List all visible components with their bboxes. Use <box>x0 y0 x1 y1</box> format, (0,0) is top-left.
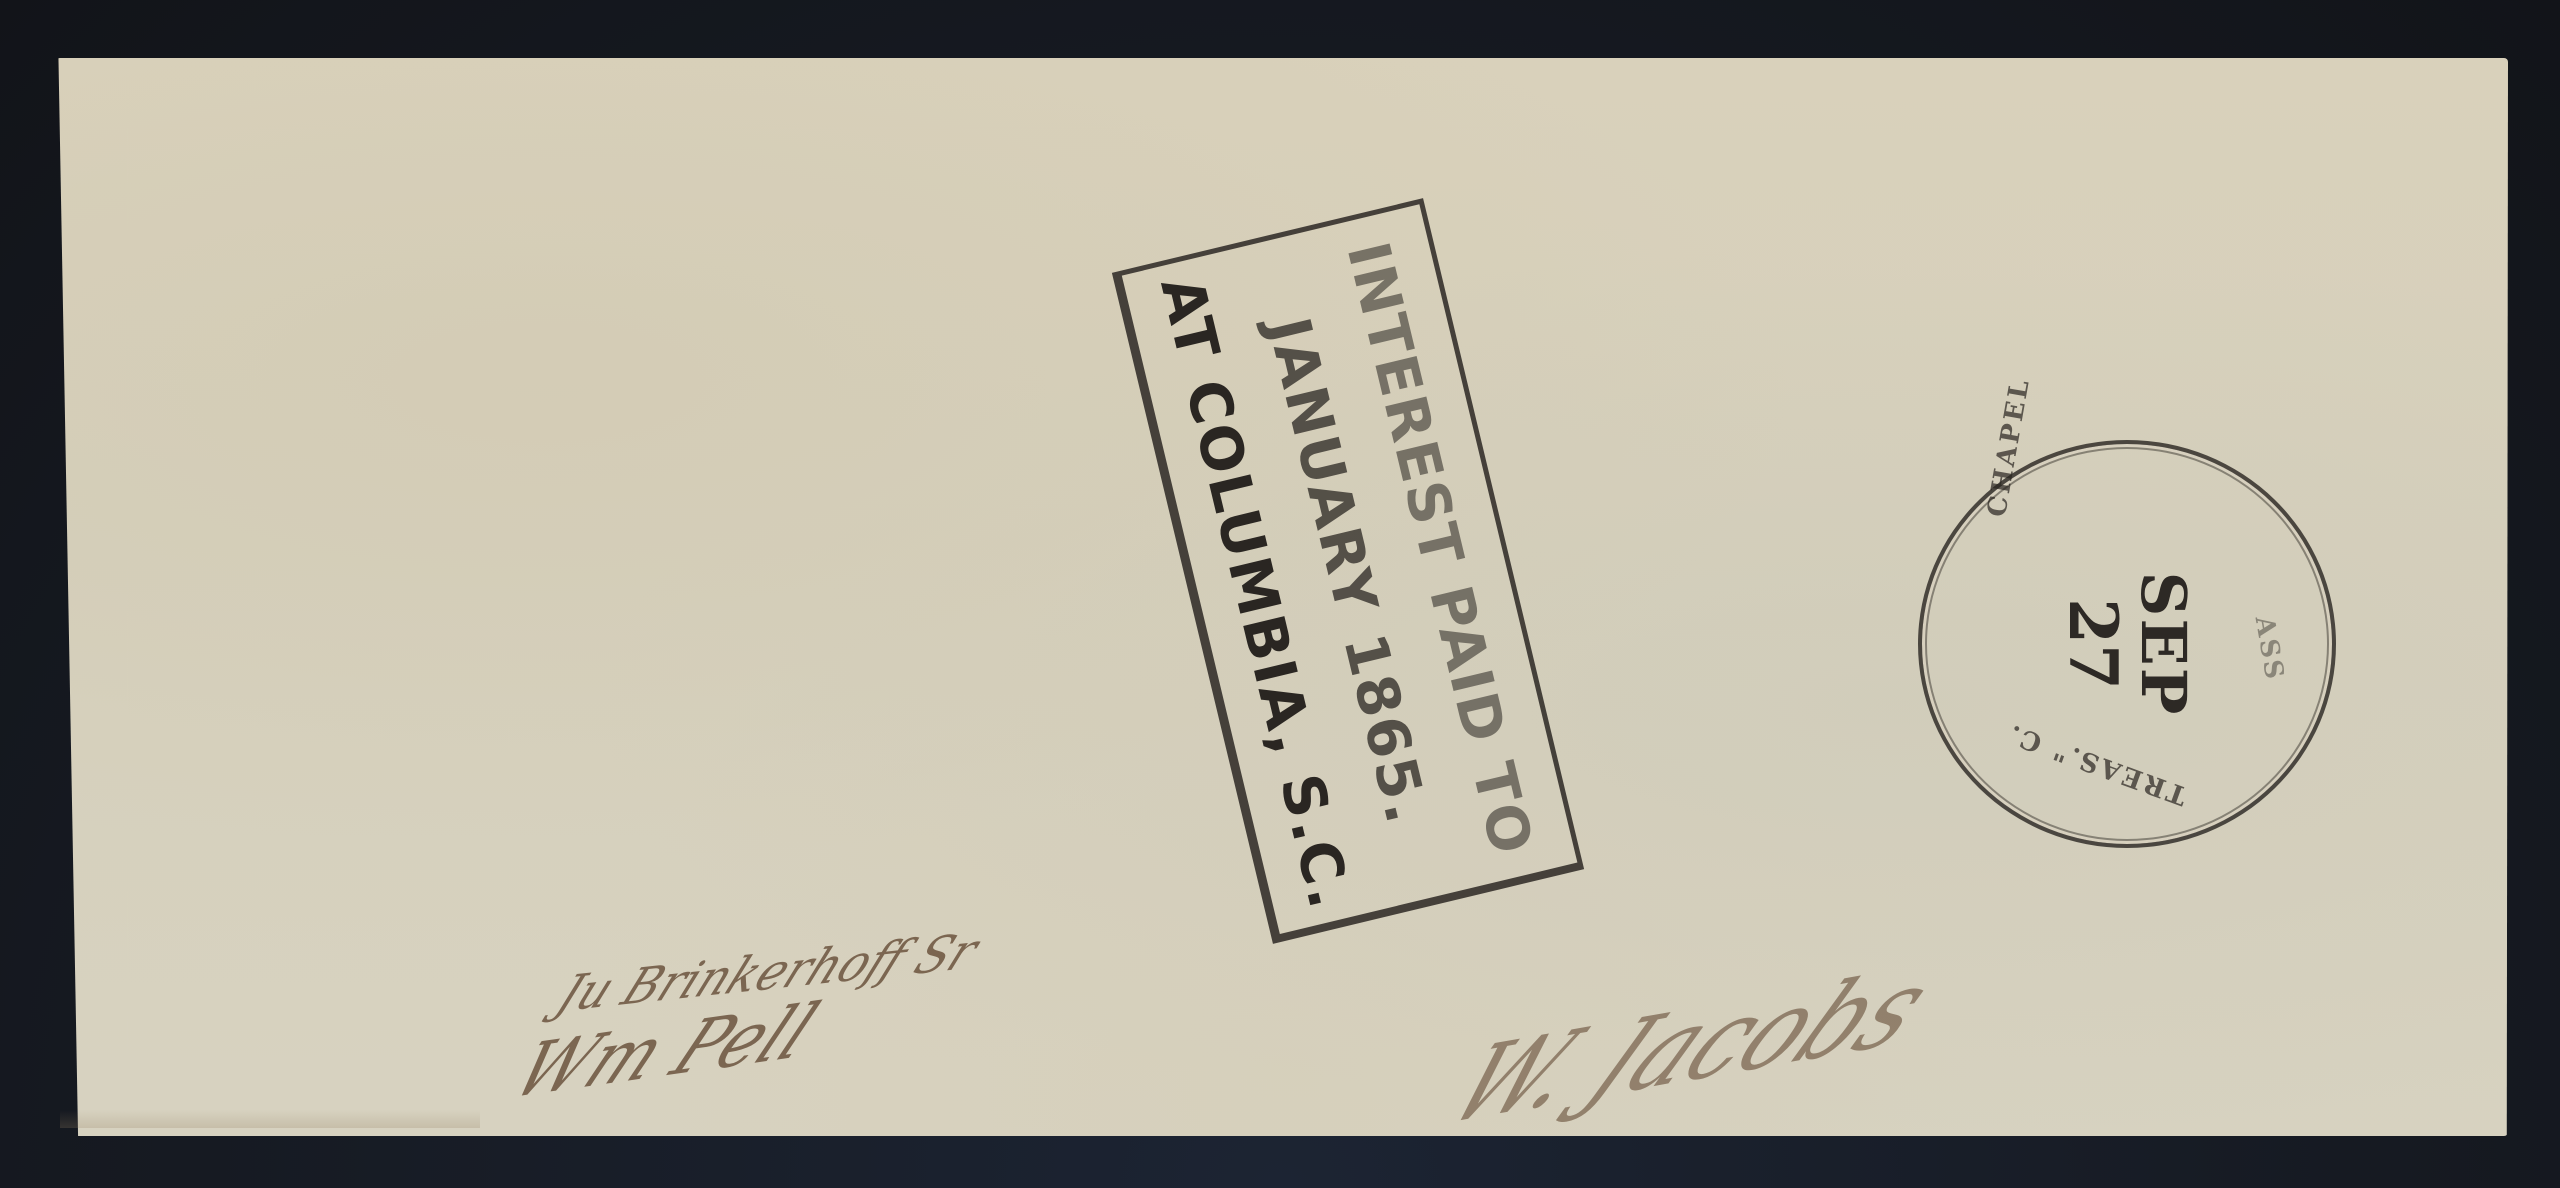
circular-postmark: CHAPEL ASS TREAS." C. SEP 27 <box>1918 440 2336 848</box>
postmark-ring-bottom: TREAS." C. <box>2003 717 2192 810</box>
postmark-month: SEP <box>2132 572 2194 717</box>
paper-tear <box>60 1110 480 1128</box>
postmark-ring-right: ASS <box>2248 614 2289 684</box>
postmark-date: SEP 27 <box>2060 572 2194 717</box>
postmark-day: 27 <box>2060 572 2126 717</box>
